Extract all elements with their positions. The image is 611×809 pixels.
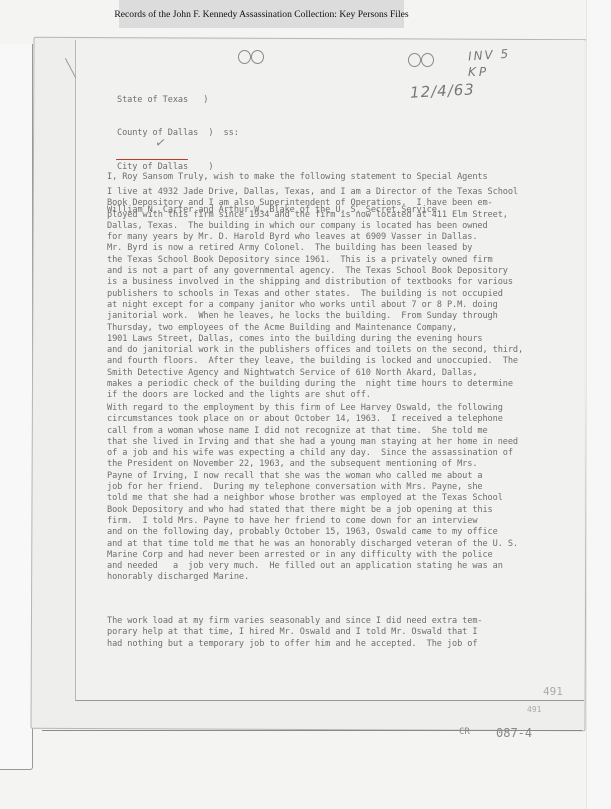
text-line: publishers to schools in Texas and other… (107, 289, 523, 300)
paragraph-oswald-hiring: With regard to the employment by this fi… (107, 403, 518, 584)
text-line: Dallas, Texas. The building in which our… (107, 221, 523, 232)
text-line: and needed a job very much. He filled ou… (107, 561, 518, 572)
text-line: if the doors are locked and the lights a… (107, 390, 523, 401)
text-line: told me that she had a neighbor whose br… (107, 493, 518, 504)
page-number-faint: 491 (527, 705, 541, 714)
cr-number: 087-4 (496, 726, 532, 740)
punch-holes-right (408, 52, 434, 71)
text-line: 1901 Laws Street, Dallas, comes into the… (107, 334, 523, 345)
handwritten-inv: INV 5 (468, 47, 511, 64)
right-margin-strip (586, 0, 611, 809)
text-line: firm. I told Mrs. Payne to have her frie… (107, 516, 518, 527)
text-line: The work load at my firm varies seasonab… (107, 616, 482, 627)
caption-line: State of Texas ) (117, 95, 239, 106)
text-line: that she lived in Irving and that she ha… (107, 437, 518, 448)
text-line: and do janitorial work in the publishers… (107, 345, 523, 356)
text-line: porary help at that time, I hired Mr. Os… (107, 627, 482, 638)
page-number-stamp: 491 (543, 685, 563, 698)
paragraph-temporary-job: The work load at my firm varies seasonab… (107, 616, 482, 650)
text-line: Book Depository and who had stated that … (107, 505, 518, 516)
text-line: With regard to the employment by this fi… (107, 403, 518, 414)
cr-label: CR (459, 727, 470, 737)
text-line: of a job and his wife was expecting a ch… (107, 448, 518, 459)
text-line: for many years by Mr. D. Harold Byrd who… (107, 232, 523, 243)
text-line: honorably discharged Marine. (107, 572, 518, 583)
text-line: Book Depository and I am also Superinten… (107, 198, 523, 209)
text-line: had nothing but a temporary job to offer… (107, 639, 482, 650)
text-line: Payne of Irving, I now recall that she w… (107, 471, 518, 482)
handwritten-kp: KP (468, 65, 489, 79)
text-line: and at that time told me that he was an … (107, 539, 518, 550)
circle-icon (408, 53, 421, 67)
text-line: ployed with this firm since 1934 and the… (107, 210, 523, 221)
text-line: makes a periodic check of the building d… (107, 379, 523, 390)
text-line: Mr. Byrd is now a retired Army Colonel. … (107, 243, 523, 254)
circle-icon (421, 53, 434, 67)
collection-title: Records of the John F. Kennedy Assassina… (114, 9, 408, 20)
text-line: and on the following day, probably Octob… (107, 527, 518, 538)
handwritten-date: 12/4/63 (410, 80, 476, 101)
text-line: the President on November 22, 1963, and … (107, 459, 518, 470)
text-line: job for her friend. During my telephone … (107, 482, 518, 493)
text-line: at night except for a company janitor wh… (107, 300, 523, 311)
circle-icon (238, 50, 251, 64)
text-line: the Texas School Book Depository since 1… (107, 255, 523, 266)
text-line: circumstances took place on or about Oct… (107, 414, 518, 425)
collection-banner: Records of the John F. Kennedy Assassina… (119, 0, 404, 28)
text-line: and fourth floors. After they leave, the… (107, 356, 523, 367)
text-line: is a business involved in the shipping a… (107, 277, 523, 288)
text-line: call from a woman whose name I did not r… (107, 426, 518, 437)
left-folded-sheet (0, 44, 33, 770)
text-line: Smith Detective Agency and Nightwatch Se… (107, 368, 523, 379)
text-line: Marine Corp and had never been arrested … (107, 550, 518, 561)
circle-icon (251, 50, 264, 64)
punch-holes-left (238, 49, 264, 68)
text-line: and is not a part of any governmental ag… (107, 266, 523, 277)
text-line: I live at 4932 Jade Drive, Dallas, Texas… (107, 187, 523, 198)
name-underline (116, 159, 188, 160)
text-line: janitorial work. When he leaves, he lock… (107, 311, 523, 322)
intro-line: I, Roy Sansom Truly, wish to make the fo… (107, 172, 488, 183)
paragraph-building: I live at 4932 Jade Drive, Dallas, Texas… (107, 187, 523, 402)
text-line: Thursday, two employees of the Acme Buil… (107, 323, 523, 334)
caption-line: County of Dallas ) ss: (117, 128, 239, 139)
